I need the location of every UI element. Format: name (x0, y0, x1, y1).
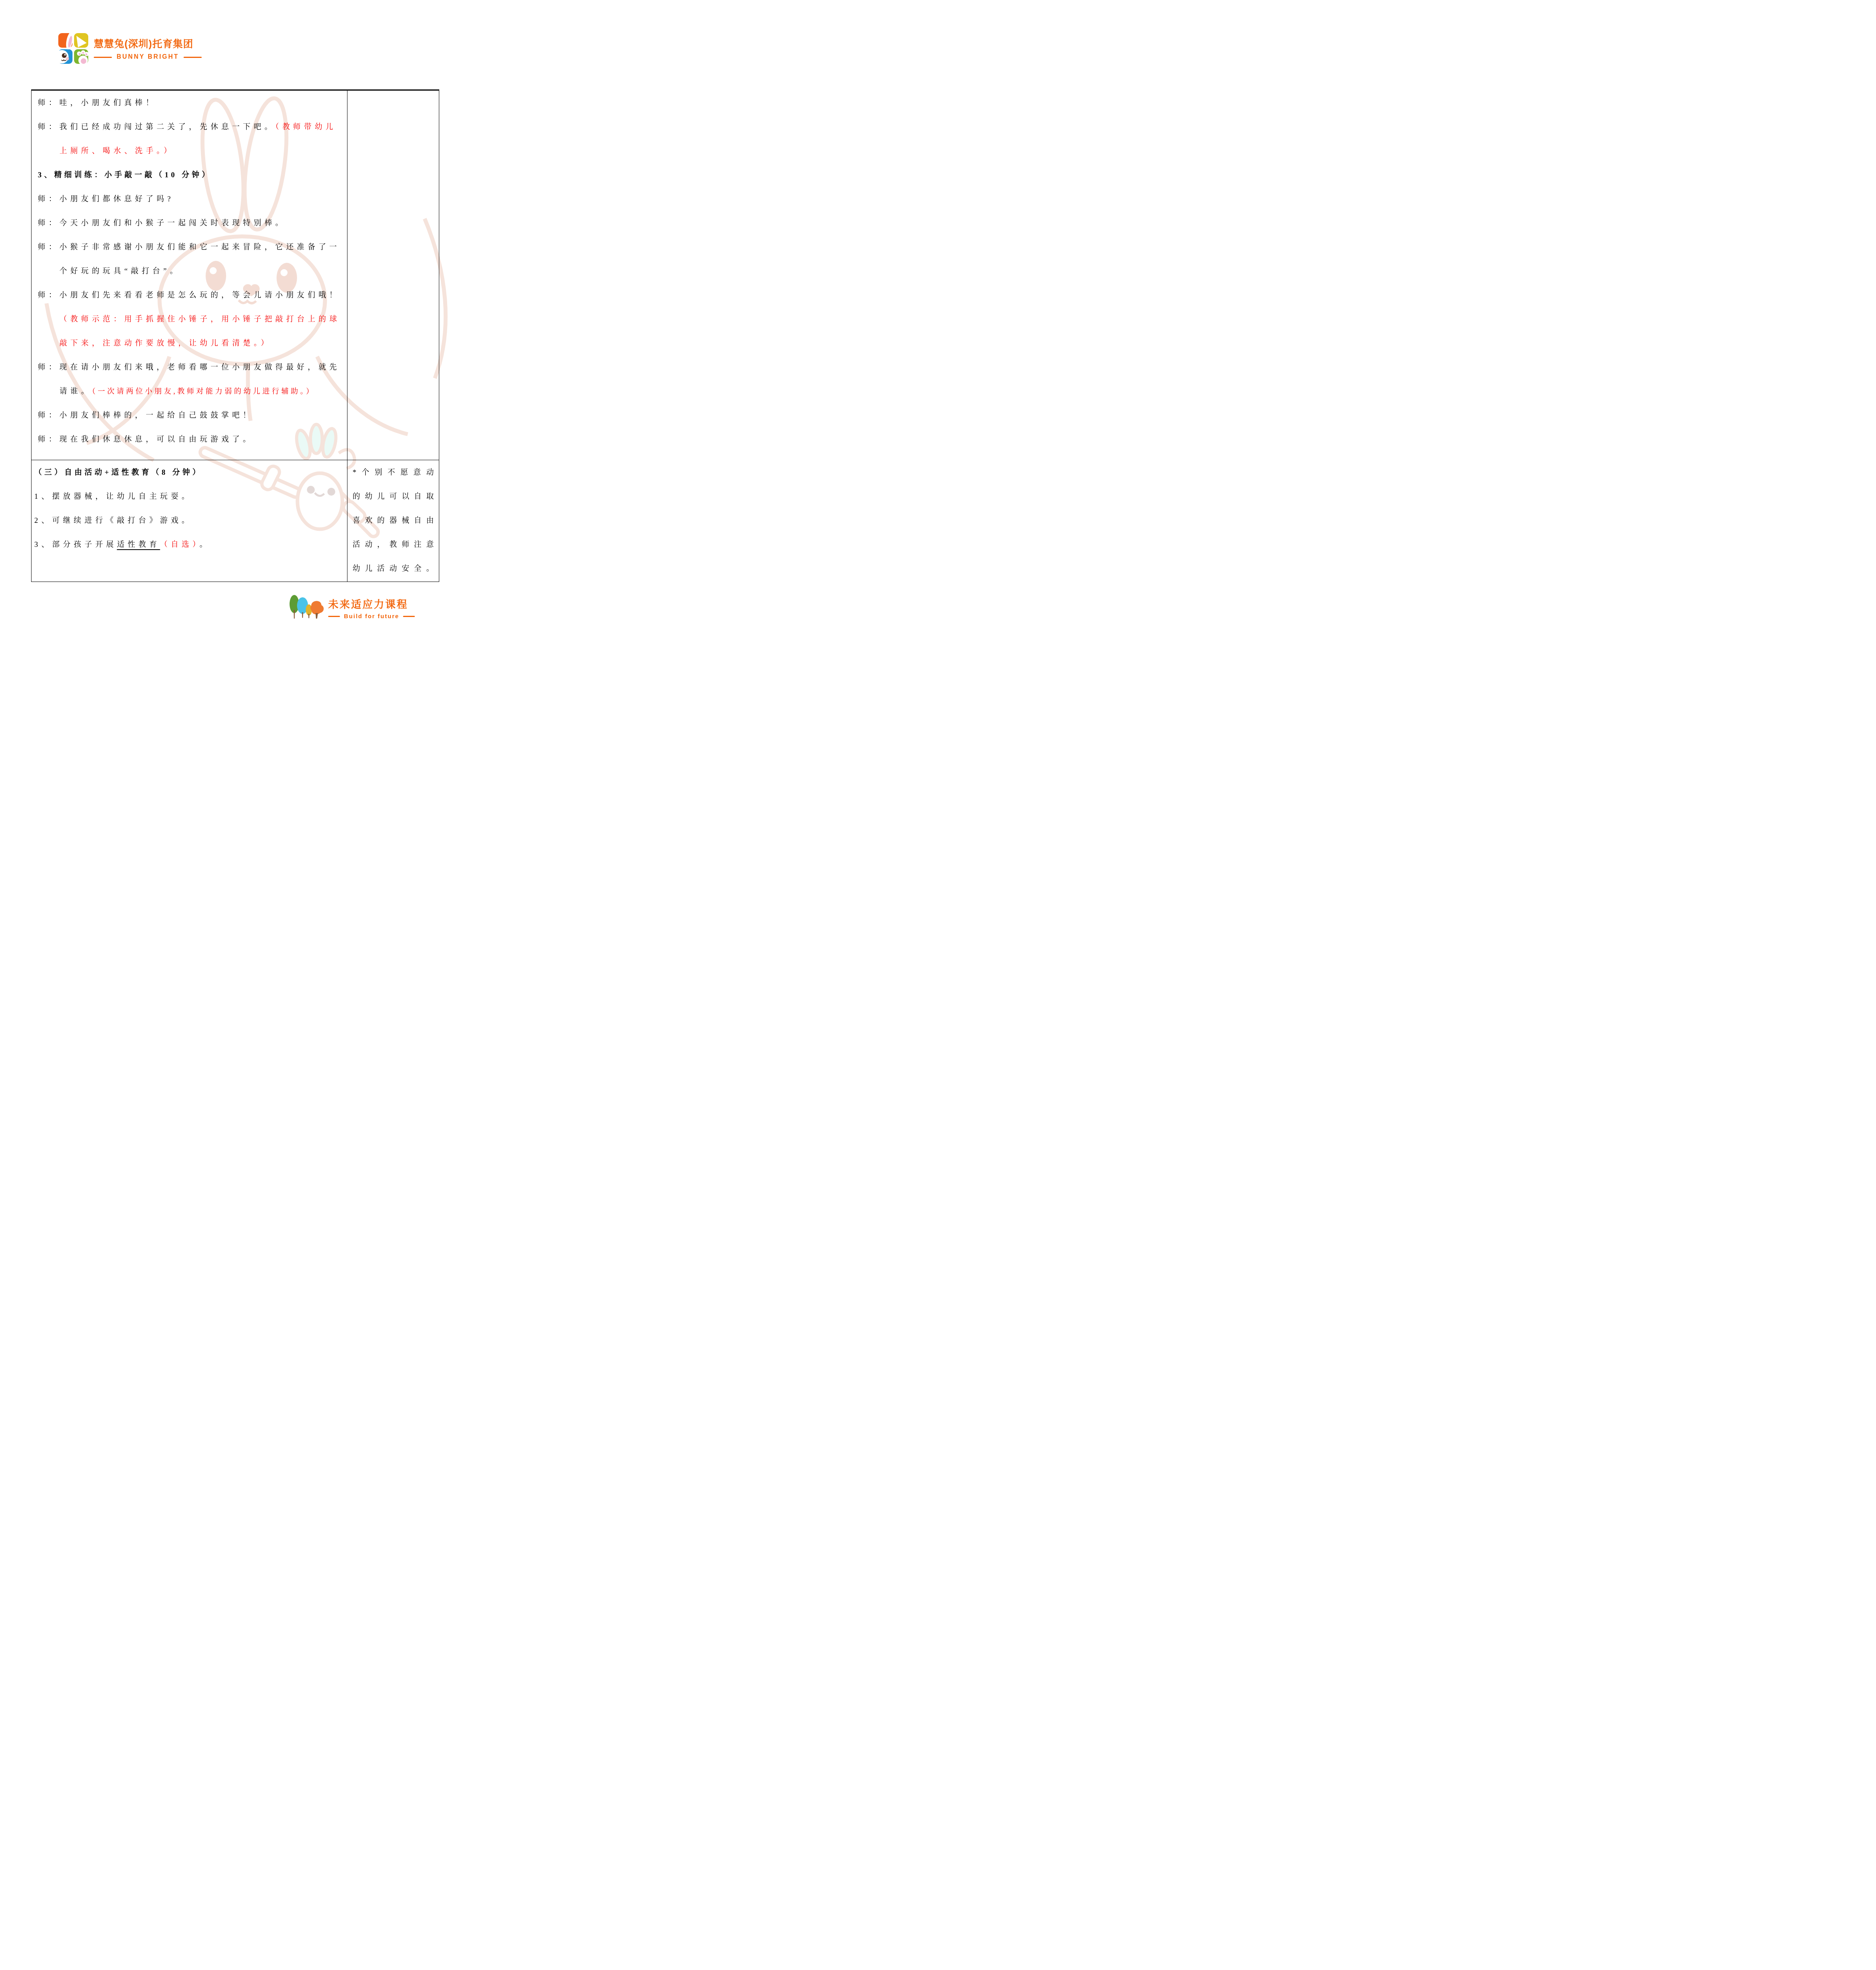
table-row-dialogue: 师：哇，小朋友们真棒！ 师：我们已经成功闯过第二关了，先休息一下吧。（教师带幼儿… (32, 91, 439, 460)
dialogue-line: 请谁。（一次请两位小朋友,教师对能力弱的幼儿进行辅助。） (38, 379, 345, 403)
table-row-free-activity: （三）自由活动+适性教育（8 分钟） 1、摆放器械，让幼儿自主玩耍。 2、可继续… (32, 460, 439, 582)
logo-title: 慧慧兔(深圳)托育集团 (94, 36, 202, 50)
activity-cell: （三）自由活动+适性教育（8 分钟） 1、摆放器械，让幼儿自主玩耍。 2、可继续… (32, 460, 347, 582)
footer-subtitle: Build for future (344, 613, 399, 620)
activity-line: 3、部分孩子开展适性教育（自选）。 (34, 533, 345, 557)
activity-line: 1、摆放器械，让幼儿自主玩耍。 (34, 485, 345, 509)
dialogue-line: 师：小朋友们先来看看老师是怎么玩的，等会儿请小朋友们哦！ (38, 283, 345, 307)
dash-line-left (94, 57, 112, 58)
side-note-line: 幼儿活动安全。 (353, 557, 434, 581)
dialogue-line: 师：现在请小朋友们来哦，老师看哪一位小朋友做得最好，就先 (38, 355, 345, 379)
side-note-line: 的幼儿可以自取 (353, 485, 434, 509)
lesson-table: 师：哇，小朋友们真棒！ 师：我们已经成功闯过第二关了，先休息一下吧。（教师带幼儿… (31, 89, 439, 582)
logo-subtitle: BUNNY BRIGHT (117, 54, 179, 61)
dialogue-line: 上厕所、喝水、洗手。） (38, 139, 345, 163)
dash-line-right (184, 57, 202, 58)
trees-icon (290, 595, 324, 621)
footer-subtitle-row: Build for future (328, 613, 415, 620)
side-note-line: 喜欢的器械自由 (353, 509, 434, 533)
section-heading: （三）自由活动+适性教育（8 分钟） (34, 461, 345, 485)
logo-subtitle-row: BUNNY BRIGHT (94, 54, 202, 61)
activity-line: 2、可继续进行《敲打台》游戏。 (34, 509, 345, 533)
side-note-line: *个别不愿意动 (353, 461, 434, 485)
side-note-line: 活动，教师注意 (353, 533, 434, 557)
notes-cell-empty (347, 91, 439, 460)
bunny-logo-icon (58, 33, 88, 64)
teacher-note-line: （教师示范：用手抓握住小锤子，用小锤子把敲打台上的球 (38, 307, 345, 331)
section-heading: 3、精细训练：小手敲一敲（10 分钟） (38, 163, 345, 187)
footer-title: 未来适应力课程 (328, 597, 415, 611)
dash-line-right (403, 616, 415, 617)
dialogue-line: 师：我们已经成功闯过第二关了，先休息一下吧。（教师带幼儿 (38, 115, 345, 139)
dialogue-line: 师：今天小朋友们和小猴子一起闯关时表现特别棒。 (38, 211, 345, 235)
dash-line-left (328, 616, 340, 617)
dialogue-line: 师：现在我们休息休息，可以自由玩游戏了。 (38, 427, 345, 452)
dialogue-line: 师：小猴子非常感谢小朋友们能和它一起来冒险，它还准备了一 (38, 235, 345, 259)
dialogue-line: 师：小朋友们棒棒的，一起给自己鼓鼓掌吧！ (38, 403, 345, 427)
dialogue-line: 师：哇，小朋友们真棒！ (38, 91, 345, 115)
footer-logo: 未来适应力课程 Build for future (290, 595, 415, 621)
side-note-cell: *个别不愿意动 的幼儿可以自取 喜欢的器械自由 活动，教师注意 幼儿活动安全。 (347, 460, 439, 582)
teacher-note-line: 敲下来，注意动作要放慢，让幼儿看清楚。） (38, 331, 345, 355)
dialogue-line: 个好玩的玩具“敲打台”。 (38, 259, 345, 283)
dialogue-line: 师：小朋友们都休息好了吗? (38, 187, 345, 211)
document-page: 慧慧兔(深圳)托育集团 BUNNY BRIGHT 师：哇，小朋友们真棒！ 师：我… (0, 0, 469, 663)
header-logo: 慧慧兔(深圳)托育集团 BUNNY BRIGHT (58, 33, 202, 64)
dialogue-cell: 师：哇，小朋友们真棒！ 师：我们已经成功闯过第二关了，先休息一下吧。（教师带幼儿… (32, 91, 347, 460)
